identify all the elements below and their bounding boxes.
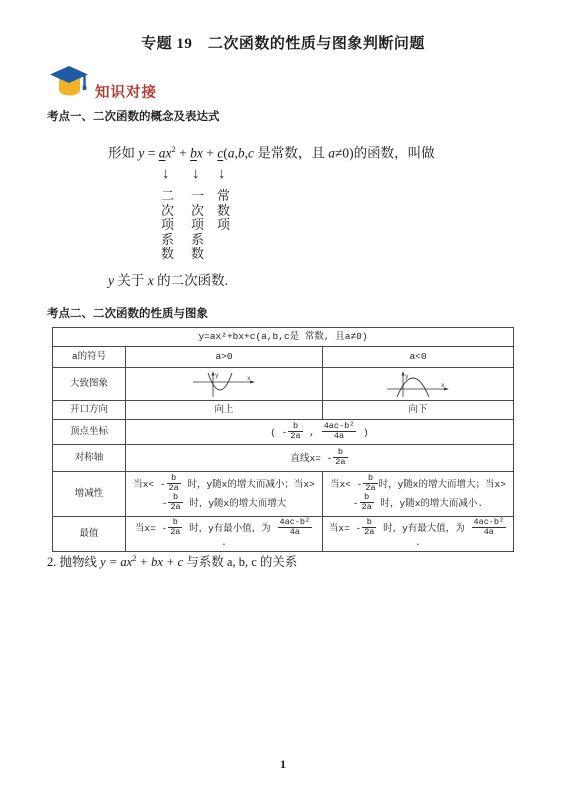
cell-extremum-negative: 当x= -b2a 时，y有最大值，为 4ac-b²4a . <box>323 517 514 552</box>
down-arrow-icon: ↓ <box>218 166 226 183</box>
y-axis-label: y <box>405 373 409 380</box>
formula-run: = <box>144 146 158 161</box>
math-run: + bx + c <box>136 555 183 569</box>
math-run: . <box>415 537 421 548</box>
fraction-b-over-2a: b2a <box>360 493 374 512</box>
table-title-cell: y=ax²+bx+c(a,b,c是 常数, 且a≠0) <box>53 328 514 347</box>
formula-run: 关于 <box>114 273 148 288</box>
math-run: 时，y随x的增大而减小. <box>375 498 483 509</box>
row-label-graph: 大致图象 <box>53 368 126 401</box>
graduation-cap-icon <box>48 64 90 105</box>
math-run: . <box>221 537 227 548</box>
table-row: a的符号 a>0 a<0 <box>53 347 514 368</box>
x-axis-label: x <box>247 375 251 382</box>
fraction-b-over-2a: b2a <box>168 493 182 512</box>
math-run: 当x= - <box>135 523 167 534</box>
coefficient-b: b <box>190 146 197 161</box>
properties-table: y=ax²+bx+c(a,b,c是 常数, 且a≠0) a的符号 a>0 a<0… <box>52 327 514 552</box>
text-run: 与系数 a, b, c 的关系 <box>183 555 297 569</box>
formula-run: 是常数，且 <box>254 146 328 161</box>
math-run: 时，y随x的增大而增大 <box>184 498 287 509</box>
fraction-4ac-b2-over-4a: 4ac-b²4a <box>472 518 507 537</box>
math-run: 当x= - <box>329 523 361 534</box>
item2-line: 2. 抛物线 y = ax2 + bx + c 与系数 a, b, c 的关系 <box>47 552 297 570</box>
table-row: 对称轴 直线x= -b2a <box>53 445 514 472</box>
math-run: 直线x= - <box>290 453 332 464</box>
cell-graph-negative: y x <box>323 368 514 401</box>
math-run: ) <box>357 427 368 438</box>
fraction-4ac-b2-over-4a: 4ac-b²4a <box>322 422 357 441</box>
quadratic-definition-formula: 形如 y = ax2 + bx + c(a,b,c 是常数，且 a≠0)的函数，… <box>108 140 435 163</box>
math-run: 当x< - <box>133 479 165 490</box>
formula-run: a <box>328 146 335 161</box>
math-run: , <box>304 427 321 438</box>
fraction-b-over-2a: b2a <box>362 518 376 537</box>
row-label-extremum: 最值 <box>53 517 126 552</box>
formula-run: + <box>203 146 217 161</box>
cell-direction-positive: 向上 <box>126 401 323 420</box>
fraction-b-over-2a: b2a <box>333 448 347 467</box>
worksheet-page: 专题 19 二次函数的性质与图象判断问题 知识对接 考点一、二次函数的概念及表达… <box>0 0 566 800</box>
parabola-down-graph: y x <box>383 369 453 399</box>
row-label-direction: 开口方向 <box>53 401 126 420</box>
knowledge-banner: 知识对接 <box>48 63 157 105</box>
cell-sign-positive: a>0 <box>126 347 323 368</box>
row-label-monotonic: 增减性 <box>53 472 126 517</box>
row-label-vertex: 顶点坐标 <box>53 420 126 445</box>
cell-axis: 直线x= -b2a <box>126 445 514 472</box>
table-row: 增减性 当x< -b2a 时，y随x的增大而减小；当x> -b2a 时，y随x的… <box>53 472 514 517</box>
x-axis-label: x <box>441 382 445 389</box>
term-label-constant-term: 常数项 <box>216 189 231 233</box>
section1-heading: 考点一、二次函数的概念及表达式 <box>47 108 220 124</box>
table-row: 开口方向 向上 向下 <box>53 401 514 420</box>
down-arrow-icon: ↓ <box>192 166 200 183</box>
formula-run: a,b,c <box>228 146 254 161</box>
term-label-linear-coefficient: 一次项系数 <box>190 189 205 262</box>
fraction-b-over-2a: b2a <box>168 518 182 537</box>
down-arrow-icon: ↓ <box>162 166 170 183</box>
math-run: ( - <box>270 427 287 438</box>
row-label-sign: a的符号 <box>53 347 126 368</box>
fraction-b-over-2a: b2a <box>288 422 302 441</box>
fraction-b-over-2a: b2a <box>167 474 181 493</box>
table-row: 顶点坐标 ( -b2a , 4ac-b²4a ) <box>53 420 514 445</box>
coefficient-a: a <box>159 146 166 161</box>
conclusion-line: y 关于 x 的二次函数. <box>108 269 228 289</box>
math-run: 当x< - <box>330 479 362 490</box>
cell-vertex: ( -b2a , 4ac-b²4a ) <box>126 420 514 445</box>
formula-run: ≠0)的函数，叫做 <box>335 146 435 161</box>
row-label-axis: 对称轴 <box>53 445 126 472</box>
knowledge-banner-label: 知识对接 <box>95 81 157 102</box>
cell-graph-positive: y x <box>126 368 323 401</box>
formula-run: 的二次函数. <box>154 273 228 288</box>
fraction-4ac-b2-over-4a: 4ac-b²4a <box>278 518 313 537</box>
page-number: 1 <box>0 757 566 772</box>
table-row: y=ax²+bx+c(a,b,c是 常数, 且a≠0) <box>53 328 514 347</box>
term-label-quadratic-coefficient: 二次项系数 <box>160 189 175 262</box>
cell-monotonic-negative: 当x< -b2a时，y随x的增大而增大；当x> -b2a 时，y随x的增大而减小… <box>323 472 514 517</box>
text-run: 2. 抛物线 <box>47 555 100 569</box>
formula-run: + <box>176 146 190 161</box>
cell-sign-negative: a<0 <box>323 347 514 368</box>
formula-run: 形如 <box>108 146 138 161</box>
section2-heading: 考点二、二次函数的性质与图象 <box>47 305 208 321</box>
math-run: y = ax <box>100 555 132 569</box>
table-row: 大致图象 y x y <box>53 368 514 401</box>
cell-direction-negative: 向下 <box>323 401 514 420</box>
table-row: 最值 当x= -b2a 时，y有最小值，为 4ac-b²4a . 当x= -b2… <box>53 517 514 552</box>
page-title: 专题 19 二次函数的性质与图象判断问题 <box>0 32 566 53</box>
cell-extremum-positive: 当x= -b2a 时，y有最小值，为 4ac-b²4a . <box>126 517 323 552</box>
parabola-up-graph: y x <box>189 369 259 399</box>
math-run: 时，y有最小值，为 <box>183 523 276 534</box>
table-title: y=ax²+bx+c(a,b,c是 常数, 且a≠0) <box>198 331 367 342</box>
math-run: 时，y有最大值，为 <box>377 523 470 534</box>
fraction-b-over-2a: b2a <box>363 474 377 493</box>
y-axis-label: y <box>215 372 219 379</box>
cell-monotonic-positive: 当x< -b2a 时，y随x的增大而减小；当x> -b2a 时，y随x的增大而增… <box>126 472 323 517</box>
